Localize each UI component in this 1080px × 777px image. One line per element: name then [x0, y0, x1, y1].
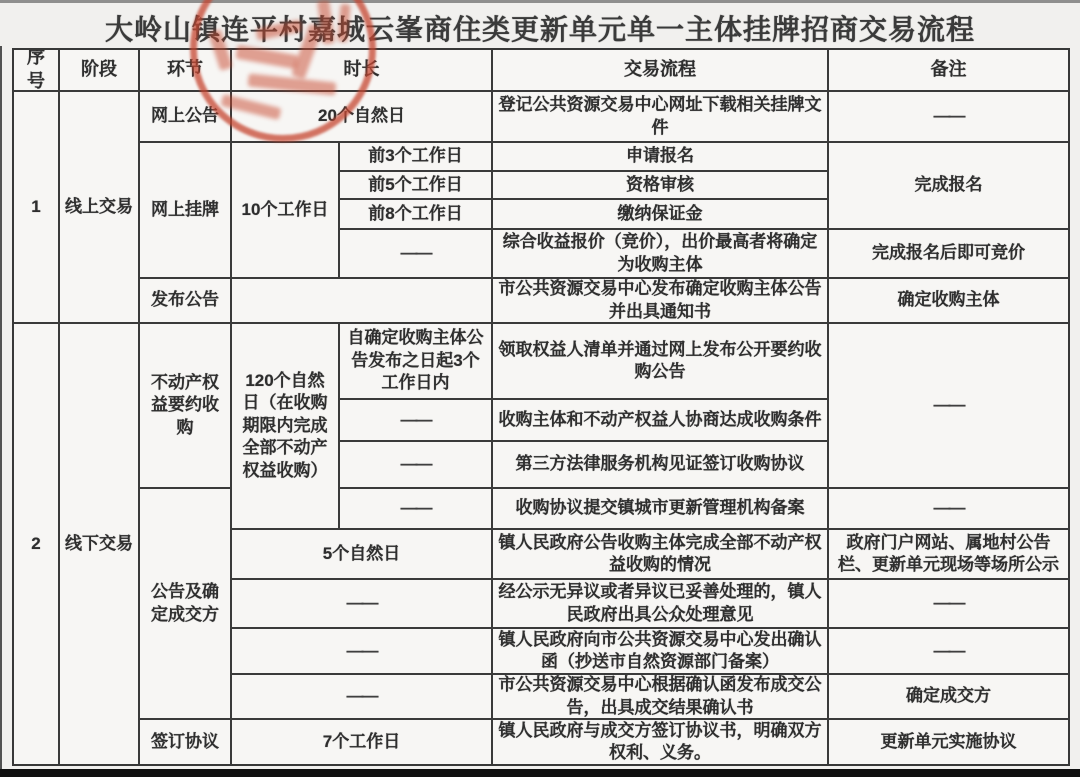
cell-process-signup: 申请报名: [493, 143, 827, 170]
header-col-no: 序号: [14, 50, 58, 90]
cell-note-dash: ——: [829, 629, 1068, 673]
cell-duration-120days: 120个自然日（在收购期限内完成全部不动产权益收购）: [232, 324, 338, 528]
cell-note-dash: ——: [829, 92, 1068, 141]
header-col-notes: 备注: [829, 50, 1068, 90]
cell-note-dash: ——: [829, 580, 1068, 627]
cell-duration-dash: ——: [340, 230, 491, 277]
cell-step-online-notice: 网上公告: [140, 92, 230, 141]
header-col-step: 环节: [140, 50, 230, 90]
cell-process-bidding: 综合收益报价（竞价），出价最高者将确定为收购主体: [493, 230, 827, 277]
cell-duration-within3: 自确定收购主体公告发布之日起3个工作日内: [340, 324, 491, 398]
cell-process-sign: 镇人民政府与成交方签订协议书，明确双方权利、义务。: [493, 720, 827, 764]
cell-step-property-offer: 不动产权益要约收购: [140, 324, 230, 487]
scan-edge-top: [0, 0, 1080, 3]
cell-duration-dash: ——: [340, 442, 491, 487]
process-table: 序号 阶段 环节 时长 交易流程 备注 1 线上交易 网上公告 20个自然日 登…: [12, 48, 1070, 766]
cell-note-complete-signup: 完成报名: [829, 143, 1068, 228]
cell-process-confirm-letter: 镇人民政府向市公共资源交易中心发出确认函（抄送市自然资源部门备案）: [493, 629, 827, 673]
cell-process-deposit: 缴纳保证金: [493, 200, 827, 228]
cell-note-dash: ——: [829, 489, 1068, 528]
cell-duration-7workdays: 7个工作日: [232, 720, 491, 764]
cell-step-publish-notice: 发布公告: [140, 279, 230, 322]
cell-duration-dash: ——: [340, 489, 491, 528]
cell-duration-first5: 前5个工作日: [340, 172, 491, 198]
cell-process-no-objection: 经公示无异议或者异议已妥善处理的，镇人民政府出具公众处理意见: [493, 580, 827, 627]
cell-section2-no: 2: [14, 324, 58, 764]
document-title: 大岭山镇连平村嘉城云峯商住类更新单元单一主体挂牌招商交易流程: [0, 8, 1080, 48]
cell-duration-20days: 20个自然日: [232, 92, 491, 141]
cell-process-rights-list: 领取权益人清单并通过网上发布公开要约收购公告: [493, 324, 827, 398]
cell-process-register: 登记公共资源交易中心网址下载相关挂牌文件: [493, 92, 827, 141]
cell-process-negotiate: 收购主体和不动产权益人协商达成收购条件: [493, 400, 827, 440]
cell-step-online-listing: 网上挂牌: [140, 143, 230, 277]
cell-process-gov-announce: 镇人民政府公告收购主体完成全部不动产权益收购的情况: [493, 530, 827, 578]
cell-duration-dash: ——: [232, 580, 491, 627]
cell-note-dash: ——: [829, 324, 1068, 487]
cell-section1-no: 1: [14, 92, 58, 322]
cell-duration-first3: 前3个工作日: [340, 143, 491, 170]
cell-note-confirm-dealer: 确定成交方: [829, 675, 1068, 718]
cell-process-deal-announce: 市公共资源交易中心根据确认函发布成交公告，出具成交结果确认书: [493, 675, 827, 718]
scanned-document-page: 大岭山镇连平村嘉城云峯商住类更新单元单一主体挂牌招商交易流程 序号 阶段 环节 …: [0, 0, 1080, 777]
cell-duration-dash: ——: [232, 629, 491, 673]
scan-edge-bottom: [0, 769, 1080, 777]
scan-edge-left: [0, 46, 2, 770]
cell-section1-stage: 线上交易: [60, 92, 138, 322]
cell-process-filing: 收购协议提交镇城市更新管理机构备案: [493, 489, 827, 528]
cell-note-unit-agreement: 更新单元实施协议: [829, 720, 1068, 764]
cell-duration-dash: ——: [232, 675, 491, 718]
cell-step-sign-agreement: 签订协议: [140, 720, 230, 764]
cell-process-witness: 第三方法律服务机构见证签订收购协议: [493, 442, 827, 487]
cell-process-announce-acquirer: 市公共资源交易中心发布确定收购主体公告并出具通知书: [493, 279, 827, 322]
cell-process-qualification: 资格审核: [493, 172, 827, 198]
header-col-duration: 时长: [232, 50, 491, 90]
cell-note-confirm-acquirer: 确定收购主体: [829, 279, 1068, 322]
cell-duration-5days: 5个自然日: [232, 530, 491, 578]
cell-duration-first8: 前8个工作日: [340, 200, 491, 228]
cell-duration-dash: ——: [340, 400, 491, 440]
header-col-stage: 阶段: [60, 50, 138, 90]
cell-note-publicity-places: 政府门户网站、属地村公告栏、更新单元现场等场所公示: [829, 530, 1068, 578]
header-col-process: 交易流程: [493, 50, 827, 90]
cell-section2-stage: 线下交易: [60, 324, 138, 764]
cell-duration-10workdays: 10个工作日: [232, 143, 338, 277]
cell-step-announce-confirm: 公告及确定成交方: [140, 489, 230, 718]
cell-duration-empty: [232, 279, 491, 322]
cell-note-bid-after-signup: 完成报名后即可竞价: [829, 230, 1068, 277]
